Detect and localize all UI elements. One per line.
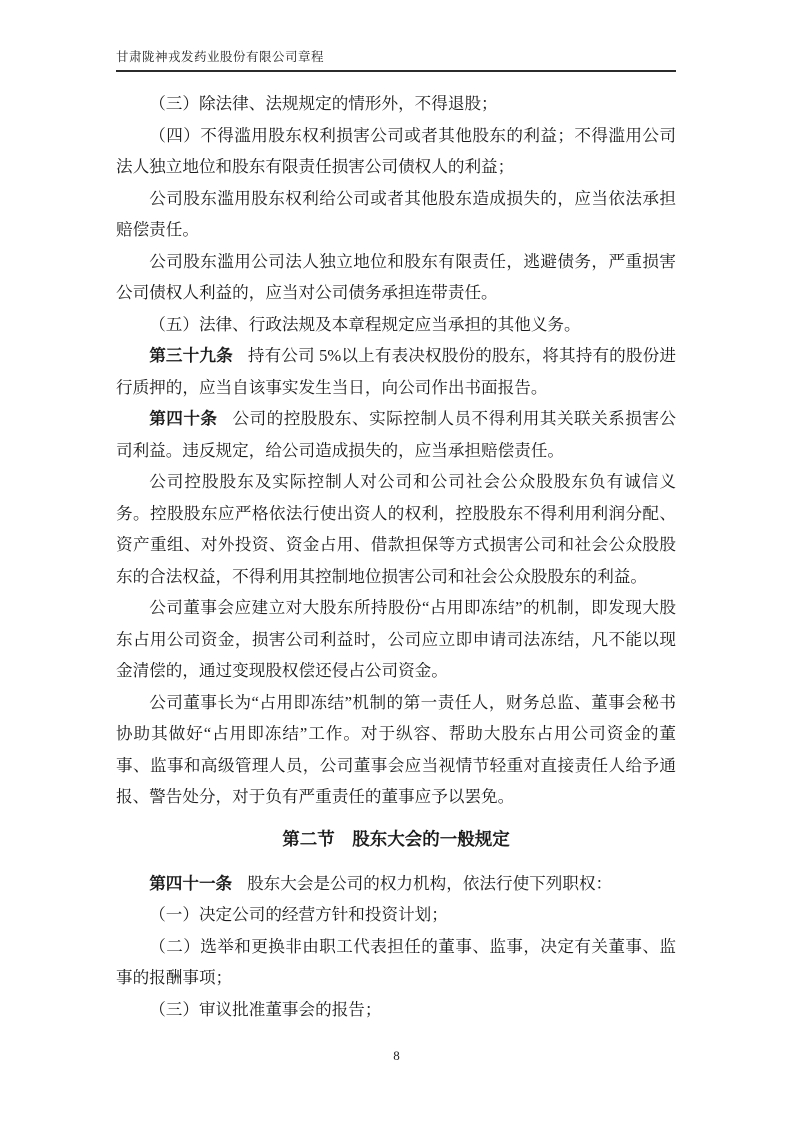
page-header: 甘肃陇神戎发药业股份有限公司章程 — [116, 47, 676, 72]
paragraph: 公司董事长为“占用即冻结”机制的第一责任人，财务总监、董事会秘书协助其做好“占用… — [116, 687, 676, 813]
paragraph-text: 公司股东滥用股东权利给公司或者其他股东造成损失的，应当依法承担赔偿责任。 — [116, 189, 676, 240]
paragraph-text: （一）决定公司的经营方针和投资计划； — [149, 905, 448, 924]
paragraph: 第四十条公司的控股股东、实际控制人员不得利用其关联关系损害公司利益。违反规定，给… — [116, 403, 676, 466]
paragraph-text: （四）不得滥用股东权利损害公司或者其他股东的利益；不得滥用公司法人独立地位和股东… — [116, 126, 676, 177]
document-content: 甘肃陇神戎发药业股份有限公司章程 （三）除法律、法规规定的情形外，不得退股； （… — [116, 0, 676, 1025]
header-title: 甘肃陇神戎发药业股份有限公司章程 — [116, 50, 324, 64]
paragraph-text: 股东大会是公司的权力机构，依法行使下列职权： — [247, 874, 612, 893]
paragraph: （四）不得滥用股东权利损害公司或者其他股东的利益；不得滥用公司法人独立地位和股东… — [116, 120, 676, 183]
paragraph: （一）决定公司的经营方针和投资计划； — [116, 899, 676, 931]
paragraph: （五）法律、行政法规及本章程规定应当承担的其他义务。 — [116, 309, 676, 341]
paragraph: （三）除法律、法规规定的情形外，不得退股； — [116, 88, 676, 120]
article-lead: 第四十条 — [149, 409, 217, 428]
paragraph: （二）选举和更换非由职工代表担任的董事、监事，决定有关董事、监事的报酬事项； — [116, 931, 676, 994]
paragraph-text: （三）除法律、法规规定的情形外，不得退股； — [149, 94, 497, 113]
paragraph-text: （三）审议批准董事会的报告； — [149, 1000, 381, 1019]
paragraph: 第四十一条股东大会是公司的权力机构，依法行使下列职权： — [116, 868, 676, 900]
paragraph-text: （五）法律、行政法规及本章程规定应当承担的其他义务。 — [149, 315, 580, 334]
section-heading: 第二节 股东大会的一般规定 — [116, 823, 676, 855]
paragraph: 公司控股股东及实际控制人对公司和公司社会公众股股东负有诚信义务。控股股东应严格依… — [116, 466, 676, 592]
paragraph-text: 公司控股股东及实际控制人对公司和公司社会公众股股东负有诚信义务。控股股东应严格依… — [116, 472, 676, 586]
page-footer: 8 — [0, 1048, 793, 1064]
paragraph: 公司股东滥用公司法人独立地位和股东有限责任，逃避债务，严重损害公司债权人利益的，… — [116, 246, 676, 309]
paragraph: 公司董事会应建立对大股东所持股份“占用即冻结”的机制，即发现大股东占用公司资金，… — [116, 592, 676, 687]
paragraph: 第三十九条持有公司 5%以上有表决权股份的股东，将其持有的股份进行质押的，应当自… — [116, 340, 676, 403]
paragraph: 公司股东滥用股东权利给公司或者其他股东造成损失的，应当依法承担赔偿责任。 — [116, 183, 676, 246]
paragraph-text: 公司董事长为“占用即冻结”机制的第一责任人，财务总监、董事会秘书协助其做好“占用… — [116, 693, 676, 807]
document-page: 甘肃陇神戎发药业股份有限公司章程 （三）除法律、法规规定的情形外，不得退股； （… — [0, 0, 793, 1122]
page-number: 8 — [393, 1048, 400, 1063]
paragraph-text: 公司股东滥用公司法人独立地位和股东有限责任，逃避债务，严重损害公司债权人利益的，… — [116, 252, 676, 303]
article-lead: 第四十一条 — [149, 874, 232, 893]
article-lead: 第三十九条 — [149, 346, 233, 365]
document-body: （三）除法律、法规规定的情形外，不得退股； （四）不得滥用股东权利损害公司或者其… — [116, 88, 676, 1025]
paragraph-text: （二）选举和更换非由职工代表担任的董事、监事，决定有关董事、监事的报酬事项； — [116, 937, 676, 988]
paragraph: （三）审议批准董事会的报告； — [116, 994, 676, 1026]
paragraph-text: 公司董事会应建立对大股东所持股份“占用即冻结”的机制，即发现大股东占用公司资金，… — [116, 598, 676, 680]
